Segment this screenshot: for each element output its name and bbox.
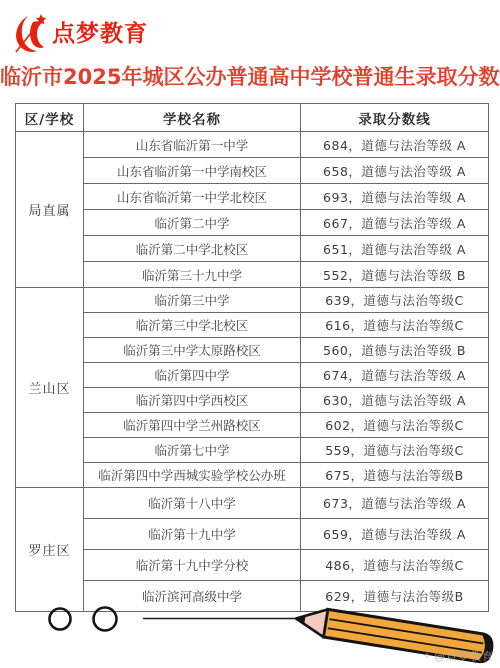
- doodle-circle-left: [50, 609, 71, 630]
- school-name: 临沂第三十九中学: [84, 262, 301, 288]
- table-row: 临沂第七中学 559，道德与法治等级C: [16, 438, 489, 463]
- table-row: 临沂第四中学 674，道德与法治等级 A: [16, 363, 489, 388]
- table-row: 山东省临沂第一中学南校区 658，道德与法治等级 A: [16, 158, 489, 184]
- score-value: 651，道德与法治等级 A: [301, 236, 489, 262]
- school-name: 临沂第十九中学: [84, 519, 301, 550]
- score-value: 616，道德与法治等级C: [301, 313, 489, 338]
- table-row: 临沂第四中学兰州路校区 602，道德与法治等级C: [16, 413, 489, 438]
- table-row: 临沂第四中学西校区 630，道德与法治等级 A: [16, 388, 489, 413]
- score-value: 684，道德与法治等级 A: [301, 132, 489, 158]
- brand-logo: 点梦教育: [13, 14, 148, 54]
- watermark-text: @点梦教育: [434, 648, 494, 664]
- table-row: 临沂第十九中学分校 486，道德与法治等级C: [16, 550, 489, 581]
- watermark: ✧ @点梦教育: [423, 648, 494, 664]
- score-value: 639，道德与法治等级C: [301, 288, 489, 313]
- page-title: 临沂市2025年城区公办普通高中学校普通生录取分数线: [0, 61, 500, 91]
- table-row: 临沂第三中学北校区 616，道德与法治等级C: [16, 313, 489, 338]
- school-name: 山东省临沂第一中学北校区: [84, 184, 301, 210]
- score-value: 552，道德与法治等级 B: [301, 262, 489, 288]
- score-value: 659，道德与法治等级 A: [301, 519, 489, 550]
- school-name: 临沂第十八中学: [84, 488, 301, 519]
- doodle-circle-right: [94, 608, 117, 631]
- table-row: 临沂第十九中学 659，道德与法治等级 A: [16, 519, 489, 550]
- watermark-logo-icon: ✧: [423, 651, 432, 662]
- score-value: 674，道德与法治等级 A: [301, 363, 489, 388]
- table-row: 山东省临沂第一中学北校区 693，道德与法治等级 A: [16, 184, 489, 210]
- district-cell: 局直属: [16, 132, 84, 288]
- col-header-school: 学校名称: [84, 104, 301, 132]
- school-name: 临沂第三中学: [84, 288, 301, 313]
- poster-page: 点梦教育 临沂市2025年城区公办普通高中学校普通生录取分数线 区/学校 学校名…: [0, 0, 500, 668]
- school-name: 临沂第四中学兰州路校区: [84, 413, 301, 438]
- table-row: 局直属 山东省临沂第一中学 684，道德与法治等级 A: [16, 132, 489, 158]
- score-value: 602，道德与法治等级C: [301, 413, 489, 438]
- table-row: 临沂第三中学太原路校区 560，道德与法治等级 B: [16, 338, 489, 363]
- score-value: 673，道德与法治等级 A: [301, 488, 489, 519]
- score-value: 560，道德与法治等级 B: [301, 338, 489, 363]
- school-name: 临沂第二中学: [84, 210, 301, 236]
- school-name: 临沂第七中学: [84, 438, 301, 463]
- table-row: 临沂第三十九中学 552，道德与法治等级 B: [16, 262, 489, 288]
- score-value: 667，道德与法治等级 A: [301, 210, 489, 236]
- school-name: 临沂第四中学西校区: [84, 388, 301, 413]
- score-value: 658，道德与法治等级 A: [301, 158, 489, 184]
- table-row: 兰山区 临沂第三中学 639，道德与法治等级C: [16, 288, 489, 313]
- score-value: 630，道德与法治等级 A: [301, 388, 489, 413]
- district-cell: 罗庄区: [16, 488, 84, 612]
- score-table: 区/学校 学校名称 录取分数线 局直属 山东省临沂第一中学 684，道德与法治等…: [15, 103, 489, 612]
- school-name: 临沂第三中学北校区: [84, 313, 301, 338]
- logo-swoosh-icon: [13, 14, 49, 54]
- brand-name: 点梦教育: [52, 14, 148, 54]
- table-row: 临沂第二中学 667，道德与法治等级 A: [16, 210, 489, 236]
- score-value: 559，道德与法治等级C: [301, 438, 489, 463]
- score-value: 675，道德与法治等级B: [301, 463, 489, 488]
- table-row: 临沂第二中学北校区 651，道德与法治等级 A: [16, 236, 489, 262]
- col-header-district: 区/学校: [16, 104, 84, 132]
- table-header: 区/学校 学校名称 录取分数线: [16, 104, 489, 132]
- score-value: 486，道德与法治等级C: [301, 550, 489, 581]
- school-name: 临沂第三中学太原路校区: [84, 338, 301, 363]
- table-row: 临沂第四中学西城实验学校公办班 675，道德与法治等级B: [16, 463, 489, 488]
- school-name: 临沂第四中学: [84, 363, 301, 388]
- district-cell: 兰山区: [16, 288, 84, 488]
- school-name: 临沂第十九中学分校: [84, 550, 301, 581]
- col-header-score: 录取分数线: [301, 104, 489, 132]
- score-value: 693，道德与法治等级 A: [301, 184, 489, 210]
- table-header-row: 区/学校 学校名称 录取分数线: [16, 104, 489, 132]
- table-row: 罗庄区 临沂第十八中学 673，道德与法治等级 A: [16, 488, 489, 519]
- school-name: 山东省临沂第一中学南校区: [84, 158, 301, 184]
- school-name: 山东省临沂第一中学: [84, 132, 301, 158]
- school-name: 临沂第四中学西城实验学校公办班: [84, 463, 301, 488]
- school-name: 临沂第二中学北校区: [84, 236, 301, 262]
